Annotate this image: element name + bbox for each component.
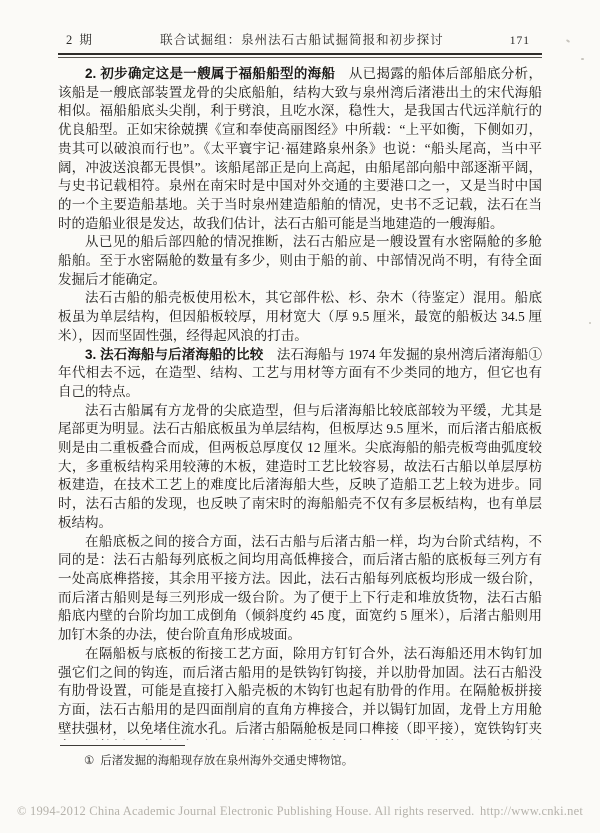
scan-artifact [589, 322, 591, 324]
article-body: 2. 初步确定这是一艘属于福船船型的海船从已揭露的船体后部船底分析，该船是一艘底… [58, 65, 542, 740]
paragraph: 在船底板之间的接合方面，法石古船与后渚古船一样，均为台阶式结构，不同的是：法石古… [58, 533, 542, 645]
paragraph: 2. 初步确定这是一艘属于福船船型的海船从已揭露的船体后部船底分析，该船是一艘底… [58, 65, 542, 233]
section-heading: 2. 初步确定这是一艘属于福船船型的海船 [85, 66, 335, 81]
footnote-marker: ① [84, 755, 94, 767]
paragraph: 法石古船的船壳板使用松木，其它部件松、杉、杂木（待鉴定）混用。船底板虽为单层结构… [58, 289, 542, 345]
running-title: 联合试掘组：泉州法石古船试掘简报和初步探讨 [160, 30, 444, 48]
page-content: 2 期 联合试掘组：泉州法石古船试掘简报和初步探讨 171 2. 初步确定这是一… [0, 0, 600, 769]
paragraph-text: 在隔船板与底板的衔接工艺方面，除用方钉钉合外，法石海船还用木钩钉加强它们之间的钩… [58, 646, 542, 740]
paragraph-text: 从已见的船后部四舱的情况推断，法石古船应是一艘设置有水密隔舱的多舱船舶。至于水密… [58, 234, 542, 286]
cnki-watermark-bar: © 1994-2012 China Academic Journal Elect… [0, 804, 600, 819]
paragraph: 从已见的船后部四舱的情况推断，法石古船应是一艘设置有水密隔舱的多舱船舶。至于水密… [58, 233, 542, 289]
paragraph: 3. 法石海船与后渚海船的比较法石海船与 1974 年发掘的泉州湾后渚海船① 年… [58, 346, 542, 402]
paragraph-text: 在船底板之间的接合方面，法石古船与后渚古船一样，均为台阶式结构，不同的是：法石古… [58, 534, 542, 643]
paragraph: 在隔船板与底板的衔接工艺方面，除用方钉钉合外，法石海船还用木钩钉加强它们之间的钩… [58, 645, 542, 740]
paragraph-text: 法石古船属有方龙骨的尖底造型，但与后渚海船比较底部较为平缓，尤其是尾部更为明显。… [58, 403, 542, 530]
issue-number: 2 期 [66, 30, 94, 48]
page-number: 171 [510, 35, 530, 47]
footnote-text: 后渚发掘的海船现存放在泉州海外交通史博物馆。 [100, 755, 353, 767]
paragraph-text: 从已揭露的船体后部船底分析，该船是一艘底部装置龙骨的尖底船舶，结构大致与泉州湾后… [58, 66, 542, 231]
paragraph: 法石古船属有方龙骨的尖底造型，但与后渚海船比较底部较为平缓，尤其是尾部更为明显。… [58, 402, 542, 533]
scanned-journal-page: 2 期 联合试掘组：泉州法石古船试掘简报和初步探讨 171 2. 初步确定这是一… [0, 0, 600, 833]
paragraph-text: 法石古船的船壳板使用松木，其它部件松、杉、杂木（待鉴定）混用。船底板虽为单层结构… [58, 290, 542, 342]
footnote-divider [60, 745, 185, 746]
footnote: ①后渚发掘的海船现存放在泉州海外交通史博物馆。 [58, 754, 542, 769]
header-divider [58, 53, 542, 58]
cnki-url: http://www.cnki.net [480, 804, 583, 819]
copyright-text: © 1994-2012 China Academic Journal Elect… [17, 804, 474, 819]
page-header: 2 期 联合试掘组：泉州法石古船试掘简报和初步探讨 171 [58, 30, 542, 48]
section-heading: 3. 法石海船与后渚海船的比较 [85, 347, 263, 362]
scan-artifact [581, 58, 584, 60]
